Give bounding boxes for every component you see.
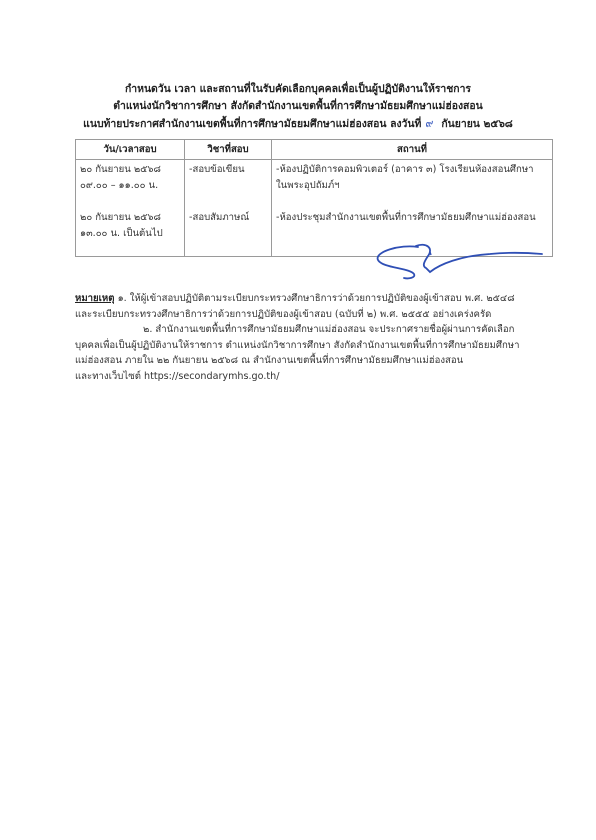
doc-title-line-1: กำหนดวัน เวลา และสถานที่ในรับคัดเลือกบุค… [0,80,596,97]
notes-label: หมายเหตุ [75,293,115,304]
notes-section: หมายเหตุ ๑. ให้ผู้เข้าสอบปฏิบัติตามระเบี… [75,291,555,384]
doc-title-line-2: ตำแหน่งนักวิชาการศึกษา สังกัดสำนักงานเขต… [0,97,596,114]
col-header-subject: วิชาที่สอบ [185,140,272,160]
note-2-line-3: แม่ฮ่องสอน ภายใน ๒๒ กันยายน ๒๕๖๘ ณ สำนัก… [75,353,555,369]
note-2-line-4: และทางเว็บไซต์ https://secondarymhs.go.t… [75,369,555,385]
note-2-line-1: ๒. สำนักงานเขตพื้นที่การศึกษามัธยมศึกษาแ… [75,322,555,338]
row1-place-line1: -ห้องปฏิบัติการคอมพิวเตอร์ (อาคาร ๓) โรง… [276,162,548,178]
row1-place-line2: ในพระอุปถัมภ์ฯ [276,178,548,194]
row2-subject: -สอบสัมภาษณ์ [189,210,267,226]
col-header-date-time: วัน/เวลาสอบ [76,140,185,160]
note-1-line-2: และระเบียบกระทรวงศึกษาธิการว่าด้วยการปฏิ… [75,307,555,323]
note-1-line-1: ๑. ให้ผู้เข้าสอบปฏิบัติตามระเบียบกระทรวง… [118,293,515,304]
row1-subject: -สอบข้อเขียน [189,162,267,178]
signature-icon [370,238,550,280]
note-2-line-2: บุคคลเพื่อเป็นผู้ปฏิบัติงานให้ราชการ ตำแ… [75,338,555,354]
col-header-place: สถานที่ [272,140,553,160]
row1-date: ๒๐ กันยายน ๒๕๖๘ [80,162,180,178]
title-line-3-suffix: กันยายน ๒๕๖๘ [441,118,512,130]
row2-date: ๒๐ กันยายน ๒๕๖๘ [80,210,180,226]
row1-time: ๐๙.๐๐ – ๑๑.๐๐ น. [80,178,180,194]
title-line-3-prefix: แนบท้ายประกาศสำนักงานเขตพื้นที่การศึกษาม… [83,118,421,130]
handwritten-day: ๙ [425,114,433,132]
row2-time: ๑๓.๐๐ น. เป็นต้นไป [80,226,180,242]
table-header-row: วัน/เวลาสอบ วิชาที่สอบ สถานที่ [76,140,553,160]
doc-title-line-3: แนบท้ายประกาศสำนักงานเขตพื้นที่การศึกษาม… [0,114,596,132]
row2-place-line1: -ห้องประชุมสำนักงานเขตพื้นที่การศึกษามัธ… [276,210,548,226]
date-time-cell: ๒๐ กันยายน ๒๕๖๘ ๐๙.๐๐ – ๑๑.๐๐ น. ๒๐ กันย… [76,160,185,257]
subject-cell: -สอบข้อเขียน -สอบสัมภาษณ์ [185,160,272,257]
